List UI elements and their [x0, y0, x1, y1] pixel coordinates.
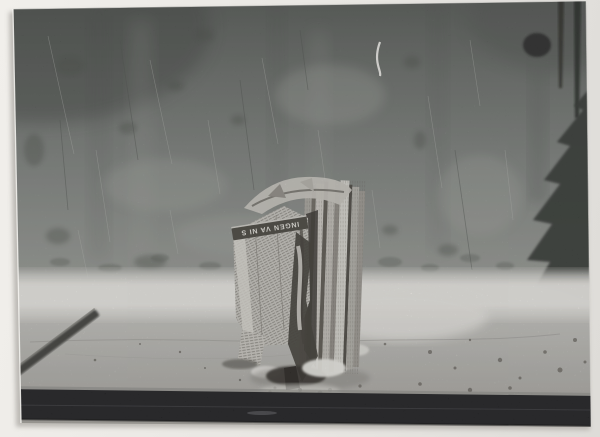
photo-of-newspaper-bundle: INGEN VA NI S [0, 0, 600, 437]
photo-print: INGEN VA NI S [0, 0, 600, 437]
film-grain [0, 0, 600, 437]
photo-scene: INGEN VA NI S [0, 0, 600, 437]
